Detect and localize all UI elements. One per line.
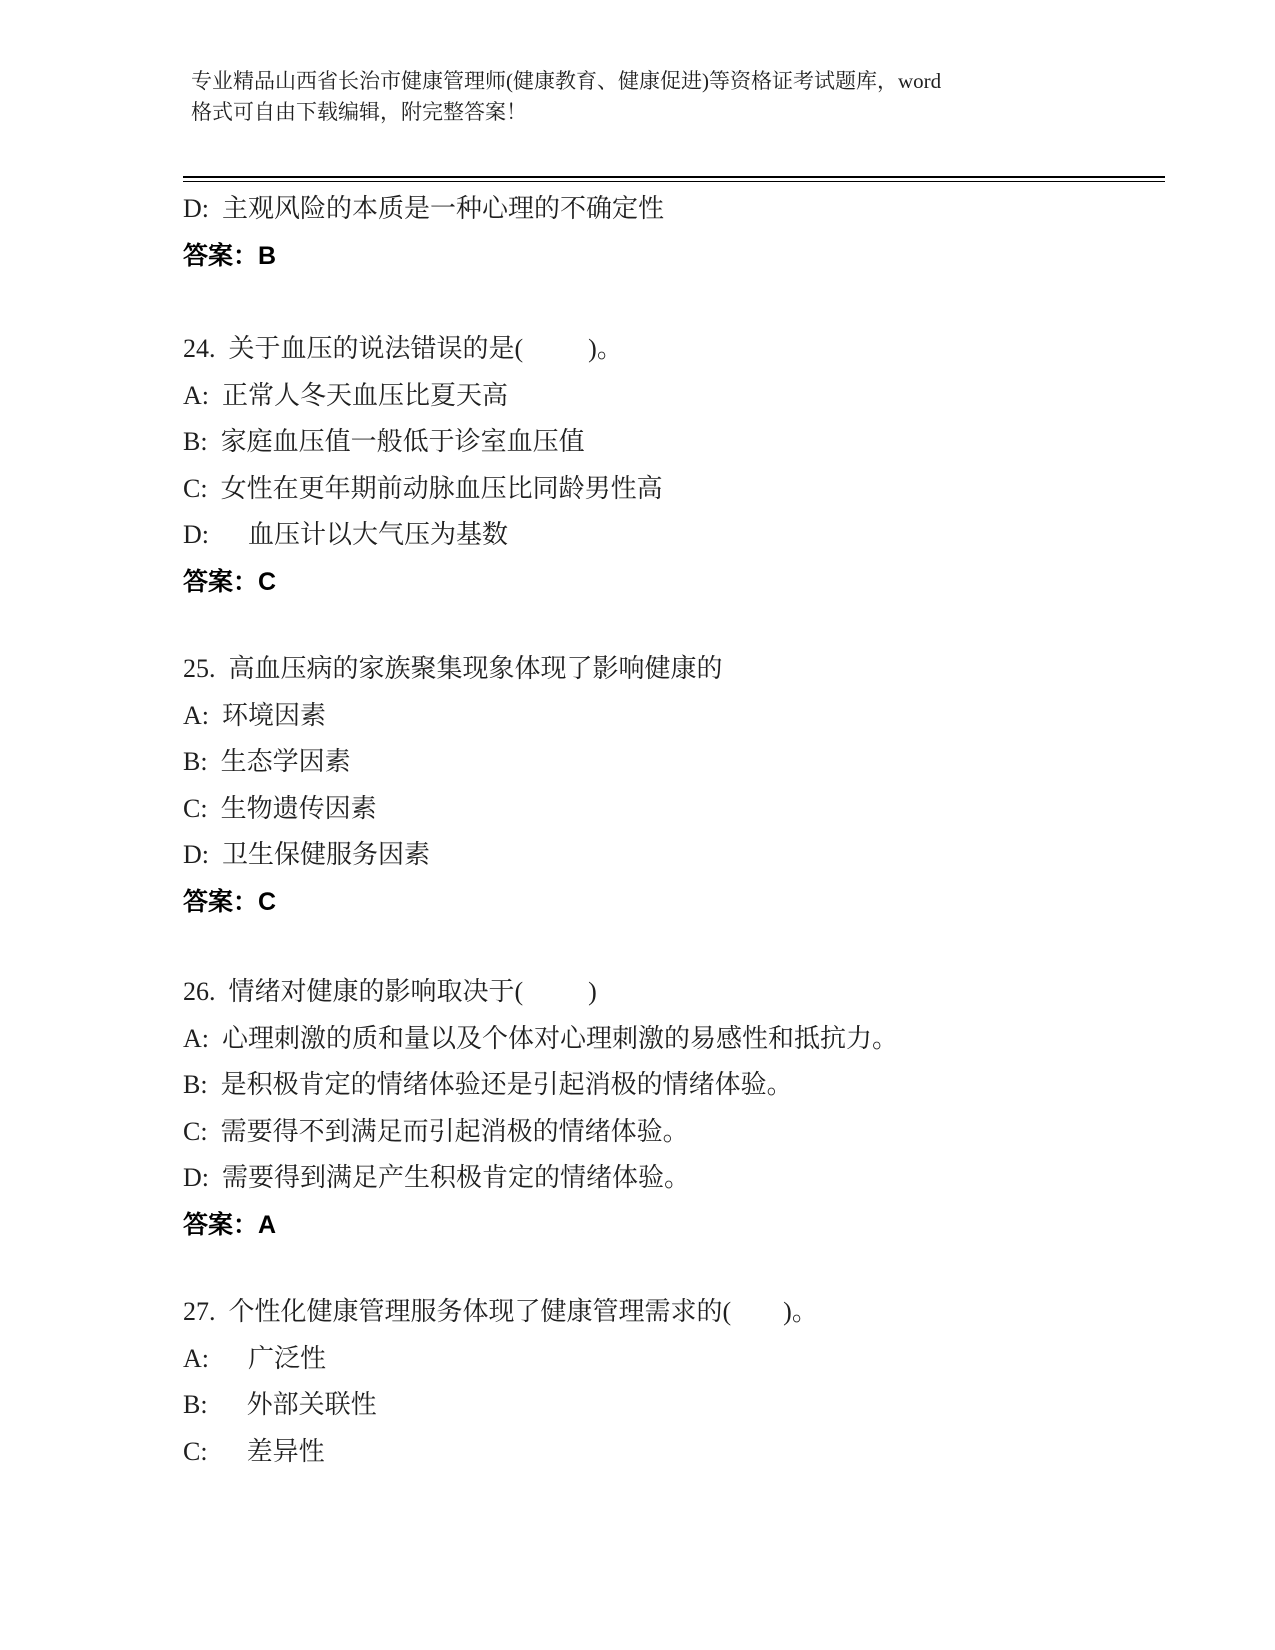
page-content: 专业精品山西省长治市健康管理师(健康教育、健康促进)等资格证考试题库，word … <box>183 0 1165 1475</box>
question-25-option-c: C: 生物遗传因素 <box>183 786 1165 833</box>
question-26-answer: 答案：A <box>183 1202 1165 1249</box>
question-27-option-c: C: 差异性 <box>183 1429 1165 1476</box>
question-26-option-a: A: 心理刺激的质和量以及个体对心理刺激的易感性和抵抗力。 <box>183 1016 1165 1063</box>
question-25-option-b: B: 生态学因素 <box>183 739 1165 786</box>
header-line-1: 专业精品山西省长治市健康管理师(健康教育、健康促进)等资格证考试题库，word <box>191 66 1165 97</box>
question-27-option-a: A: 广泛性 <box>183 1336 1165 1383</box>
question-27-stem: 27. 个性化健康管理服务体现了健康管理需求的( )。 <box>183 1289 1165 1336</box>
question-23-option-d: D: 主观风险的本质是一种心理的不确定性 <box>183 186 1165 233</box>
question-24-option-a: A: 正常人冬天血压比夏天高 <box>183 373 1165 420</box>
document-page: 专业精品山西省长治市健康管理师(健康教育、健康促进)等资格证考试题库，word … <box>0 0 1275 1650</box>
header-divider <box>183 176 1165 182</box>
document-header: 专业精品山西省长治市健康管理师(健康教育、健康促进)等资格证考试题库，word … <box>183 66 1165 128</box>
question-25-stem: 25. 高血压病的家族聚集现象体现了影响健康的 <box>183 646 1165 693</box>
question-25-option-d: D: 卫生保健服务因素 <box>183 832 1165 879</box>
question-23-tail: D: 主观风险的本质是一种心理的不确定性 答案：B <box>183 186 1165 279</box>
question-26-option-b: B: 是积极肯定的情绪体验还是引起消极的情绪体验。 <box>183 1062 1165 1109</box>
question-26: 26. 情绪对健康的影响取决于( ) A: 心理刺激的质和量以及个体对心理刺激的… <box>183 969 1165 1248</box>
question-24-option-d: D: 血压计以大气压为基数 <box>183 512 1165 559</box>
header-line-2: 格式可自由下载编辑，附完整答案！ <box>191 97 1165 128</box>
question-26-option-c: C: 需要得不到满足而引起消极的情绪体验。 <box>183 1109 1165 1156</box>
question-27: 27. 个性化健康管理服务体现了健康管理需求的( )。 A: 广泛性 B: 外部… <box>183 1289 1165 1475</box>
question-24-answer: 答案：C <box>183 559 1165 606</box>
question-25-option-a: A: 环境因素 <box>183 693 1165 740</box>
question-26-option-d: D: 需要得到满足产生积极肯定的情绪体验。 <box>183 1155 1165 1202</box>
question-27-option-b: B: 外部关联性 <box>183 1382 1165 1429</box>
question-24-stem: 24. 关于血压的说法错误的是( )。 <box>183 326 1165 373</box>
question-24: 24. 关于血压的说法错误的是( )。 A: 正常人冬天血压比夏天高 B: 家庭… <box>183 326 1165 605</box>
question-26-stem: 26. 情绪对健康的影响取决于( ) <box>183 969 1165 1016</box>
question-25-answer: 答案：C <box>183 879 1165 926</box>
question-25: 25. 高血压病的家族聚集现象体现了影响健康的 A: 环境因素 B: 生态学因素… <box>183 646 1165 925</box>
question-24-option-b: B: 家庭血压值一般低于诊室血压值 <box>183 419 1165 466</box>
question-24-option-c: C: 女性在更年期前动脉血压比同龄男性高 <box>183 466 1165 513</box>
question-23-answer: 答案：B <box>183 233 1165 280</box>
